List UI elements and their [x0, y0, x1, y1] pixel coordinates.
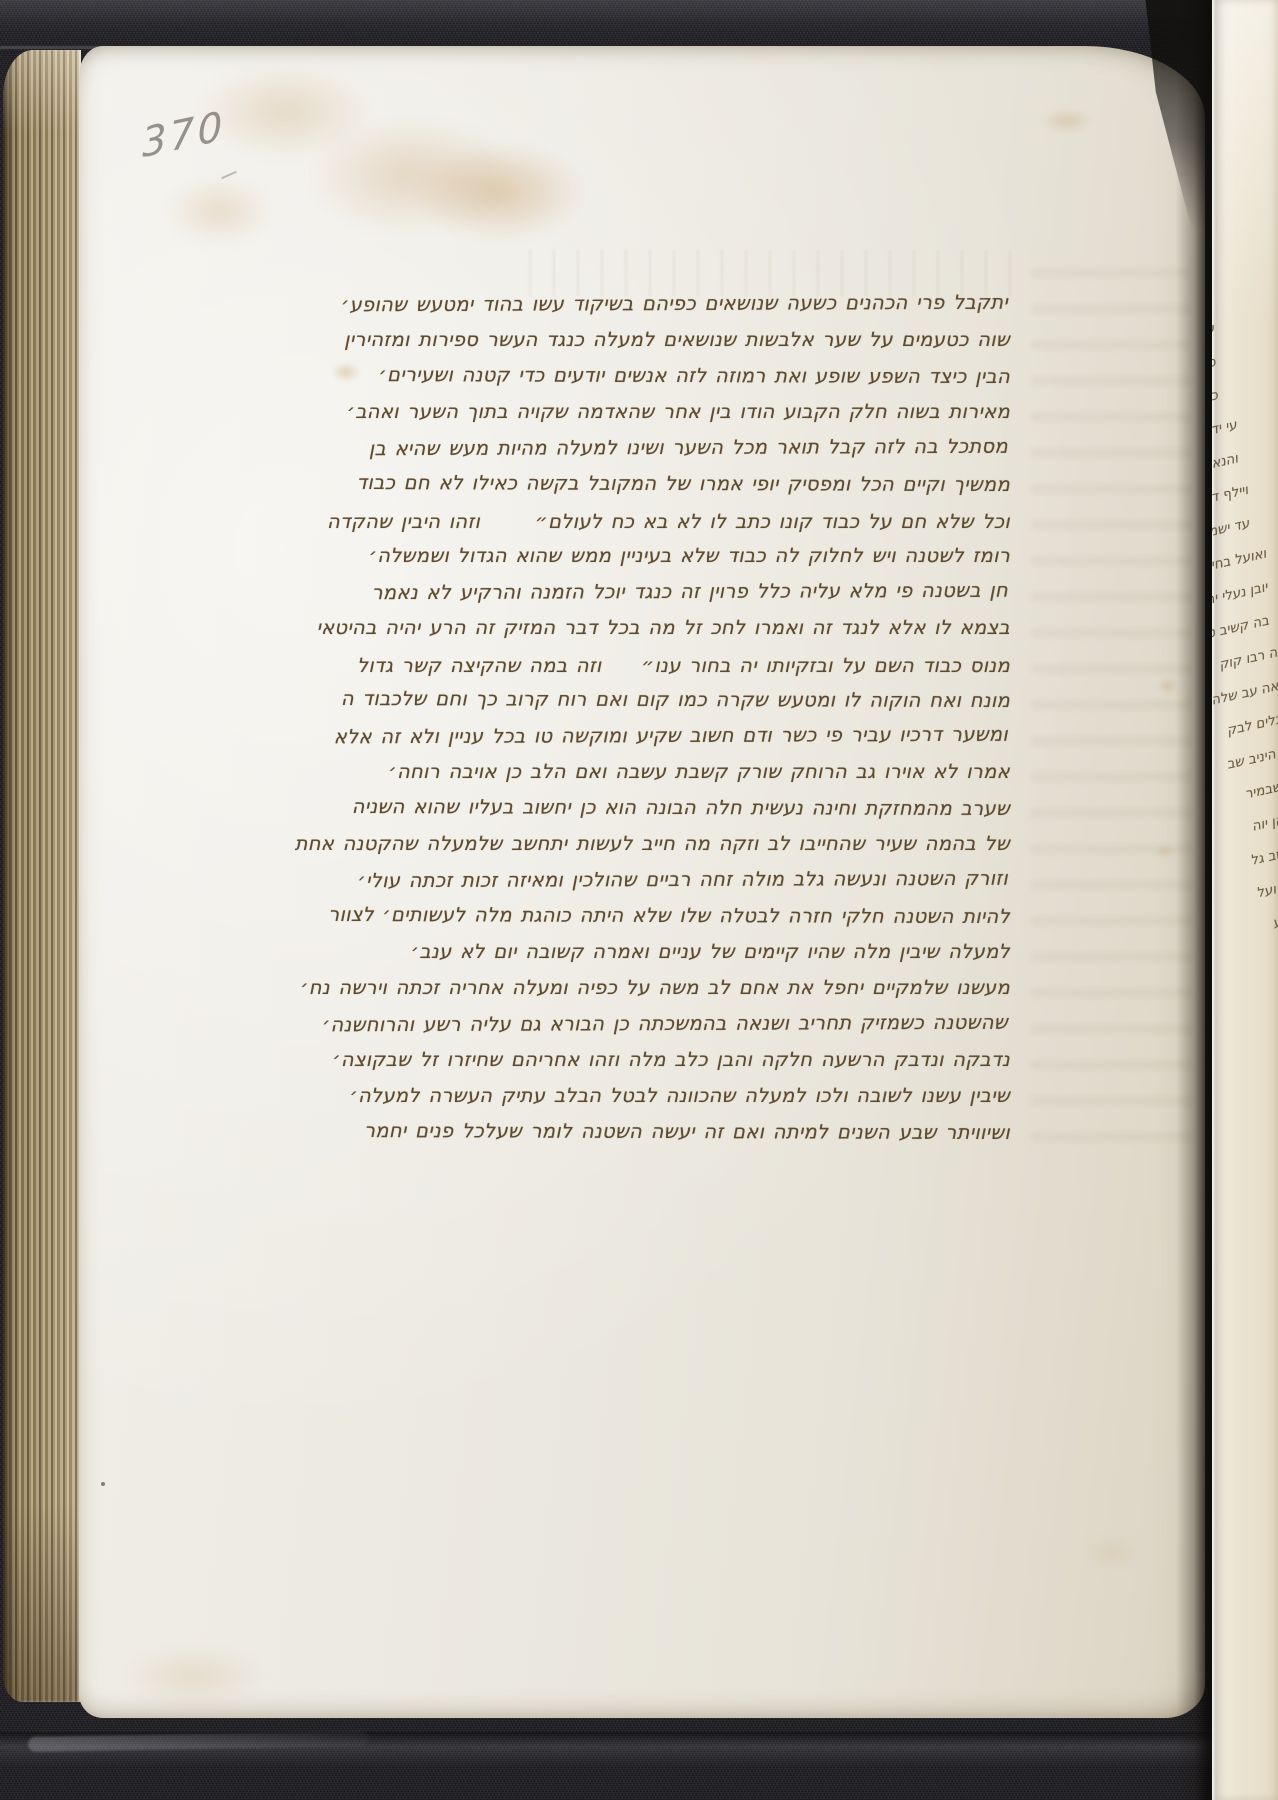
text-line: וכל שלא חם על כבוד קונו כתב לו לא בא כח …: [334, 508, 1010, 544]
text-segment: ״: [535, 510, 548, 533]
text-line: רומז לשטנה ויש לחלוק לה כבוד שלא בעיניין…: [334, 544, 1010, 580]
text-segment: וזורק השטנה ונעשה גלב מולה זחה רביים שהו…: [358, 867, 1008, 892]
gutter-shadow: [1176, 0, 1216, 1800]
text-segment: נדבקה ונדבק הרשעה חלקה והבן כלב מלה וזהו…: [332, 1048, 1010, 1071]
foxing-stain: [1041, 108, 1093, 134]
text-line: יתקבל פרי הכהנים כשעה שנושאים כפיהם בשיק…: [332, 291, 1008, 330]
text-line: אמרו לא אוירו גב הרוחק שורק קשבת עשבה וא…: [334, 760, 1010, 796]
ink-show-through: [529, 250, 1029, 296]
verso-show-through: [1031, 268, 1191, 1168]
text-line: בצמא לו אלא לנגד זה ואמרו לחכ זל מה בכל …: [334, 616, 1010, 652]
text-segment: להיות השטנה חלקי חזרה לבטלה שלו שלא היתה…: [328, 903, 1010, 928]
text-segment: מעשנו שלמקיים יחפל את אחם לב משה על כפיה…: [300, 976, 1010, 999]
facing-page-edge: בא אושב יהיוישראל הי בעלכעלב בחייטבעד פט…: [1212, 0, 1278, 1800]
text-line: להיות השטנה חלקי חזרה לבטלה שלו שלא היתה…: [334, 903, 1010, 941]
text-line: הבין כיצד השפע שופע ואת רמוזה לזה אנשים …: [334, 363, 1010, 401]
foxing-stain: [165, 176, 275, 246]
text-line: שערב מהמחזקת וחינה נעשית חלה הבונה הוא כ…: [334, 795, 1010, 833]
text-line: מעשנו שלמקיים יחפל את אחם לב משה על כפיה…: [334, 976, 1010, 1012]
text-line: מאירות בשוה חלק הקבוע הודו בין אחר שהאדמ…: [334, 400, 1010, 436]
paragraph-gap: [480, 508, 535, 528]
text-segment: בצמא לו אלא לנגד זה ואמרו לחכ זל מה בכל …: [316, 616, 1010, 639]
text-segment: שהשטנה כשמזיק תחריב ושנאה בהמשכתה כן הבו…: [322, 1011, 1008, 1037]
manuscript-page: 370 יתקבל פרי הכהנים כשעה שנושאים כפיהם …: [79, 46, 1205, 1718]
paragraph-gap: [602, 652, 642, 672]
text-segment: שיבין עשנו לשובה ולכו למעלה שהכוונה לבטל…: [350, 1084, 1010, 1107]
facing-text-column: בא אושב יהיוישראל הי בעלכעלב בחייטבעד פט…: [1212, 223, 1278, 1450]
text-line: חן בשטנה פי מלא עליה כלל פרוין זה כנגד י…: [332, 579, 1008, 618]
text-line: מסתכל בה לזה קבל תואר מכל השער ושינו למע…: [332, 435, 1008, 474]
text-line: ושיוויתר שבע השנים למיתה ואם זה יעשה השט…: [334, 1119, 1010, 1157]
text-segment: מסתכל בה לזה קבל תואר מכל השער ושינו למע…: [369, 435, 1008, 460]
text-segment: מונח ואח הוקוה לו ומטעש שקרה כמו קום ואם…: [341, 687, 1010, 712]
text-line: שוה כטעמים על שער אלבשות שנושאים למעלה כ…: [334, 328, 1010, 364]
text-segment: יתקבל פרי הכהנים כשעה שנושאים כפיהם בשיק…: [341, 291, 1008, 317]
text-line: נדבקה ונדבק הרשעה חלקה והבן כלב מלה וזהו…: [334, 1048, 1010, 1084]
text-segment: חן בשטנה פי מלא עליה כלל פרוין זה כנגד י…: [372, 579, 1008, 604]
text-segment: שערב מהמחזקת וחינה נעשית חלה הבונה הוא כ…: [352, 795, 1010, 820]
text-segment: אמרו לא אוירו גב הרוחק שורק קשבת עשבה וא…: [389, 760, 1010, 783]
text-segment: ״: [642, 654, 655, 677]
cover-top-sheen: [0, 0, 1278, 48]
manuscript-photo: 370 יתקבל פרי הכהנים כשעה שנושאים כפיהם …: [0, 0, 1278, 1800]
text-line: של בהמה שעיר שהחייבו לב וזקה מה חייב לעש…: [334, 832, 1010, 868]
fore-edge-page-stack: [3, 50, 81, 1702]
text-line: מנוס כבוד השם על ובזקיותו יה בחור ענו״וז…: [334, 652, 1010, 688]
text-segment: וזהו היבין שהקדה: [327, 510, 480, 533]
text-segment: ושיוויתר שבע השנים למיתה ואם זה יעשה השט…: [364, 1119, 1010, 1144]
text-segment: וזה במה שהקיצה קשר גדול: [357, 654, 602, 677]
text-segment: מאירות בשוה חלק הקבוע הודו בין אחר שהאדמ…: [347, 400, 1010, 423]
text-segment: שוה כטעמים על שער אלבשות שנושאים למעלה כ…: [344, 328, 1010, 351]
text-segment: למעלה שיבין מלה שהיו קיימים של עניים ואמ…: [411, 940, 1010, 963]
text-segment: הבין כיצד השפע שופע ואת רמוזה לזה אנשים …: [379, 363, 1011, 388]
text-segment: מנוס כבוד השם על ובזקיותו יה בחור ענו: [654, 654, 1010, 677]
text-line: שהשטנה כשמזיק תחריב ושנאה בהמשכתה כן הבו…: [332, 1011, 1008, 1050]
text-line: ממשיך וקיים הכל ומפסיק יופי אמרו של המקו…: [334, 471, 1010, 509]
foxing-stain: [1085, 1538, 1137, 1568]
text-segment: וכל שלא חם על כבוד קונו כתב לו לא בא כח …: [548, 510, 1010, 533]
text-block: יתקבל פרי הכהנים כשעה שנושאים כפיהם בשיק…: [334, 292, 1010, 1156]
text-segment: ממשיך וקיים הכל ומפסיק יופי אמרו של המקו…: [356, 471, 1010, 496]
foxing-stain: [415, 142, 585, 242]
text-line: שיבין עשנו לשובה ולכו למעלה שהכוונה לבטל…: [334, 1084, 1010, 1120]
text-line: וזורק השטנה ונעשה גלב מולה זחה רביים שהו…: [332, 867, 1008, 906]
text-segment: רומז לשטנה ויש לחלוק לה כבוד שלא בעיניין…: [369, 544, 1010, 567]
foxing-stain: [119, 1646, 269, 1706]
ink-speck: [101, 1482, 105, 1486]
folio-number: 370: [141, 103, 226, 167]
text-line: למעלה שיבין מלה שהיו קיימים של עניים ואמ…: [334, 940, 1010, 976]
text-line: מונח ואח הוקוה לו ומטעש שקרה כמו קום ואם…: [334, 687, 1010, 725]
text-segment: של בהמה שעיר שהחייבו לב וזקה מה חייב לעש…: [295, 832, 1010, 855]
text-segment: ומשער דרכיו עביר פי כשר ודם חשוב שקיע ומ…: [334, 723, 1008, 749]
text-line: ומשער דרכיו עביר פי כשר ודם חשוב שקיע ומ…: [332, 723, 1008, 762]
